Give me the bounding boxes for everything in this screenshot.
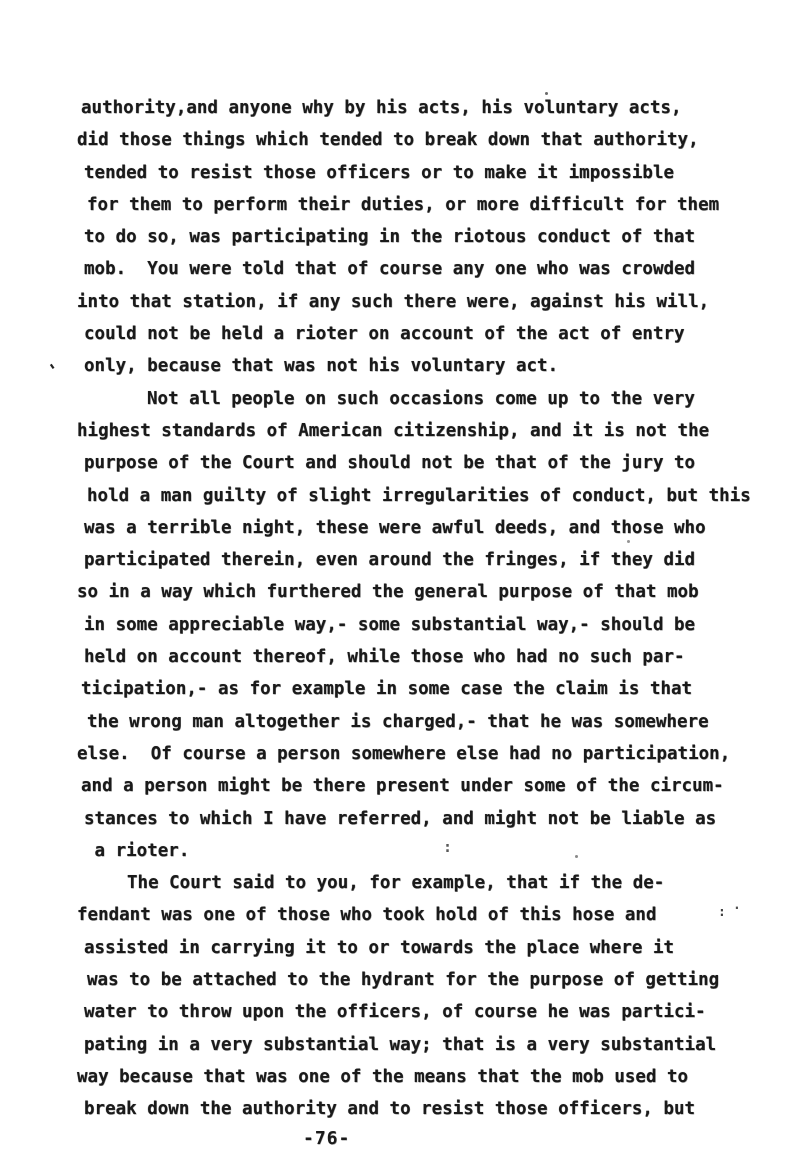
text-line: authority,and anyone why by his acts, hi… bbox=[81, 92, 764, 124]
text-line: pating in a very substantial way; that i… bbox=[84, 1029, 764, 1061]
text-line: break down the authority and to resist t… bbox=[84, 1093, 764, 1125]
text-line: Not all people on such occasions come up… bbox=[81, 383, 764, 415]
stray-ink-mark: : bbox=[718, 906, 726, 919]
text-line: so in a way which furthered the general … bbox=[77, 576, 764, 608]
text-line: was a terrible night, these were awful d… bbox=[84, 512, 764, 544]
scan-speck bbox=[627, 540, 630, 543]
text-line: into that station, if any such there wer… bbox=[77, 286, 764, 318]
paragraph-1: authority,and anyone why by his acts, hi… bbox=[84, 92, 764, 383]
text-line: mob. You were told that of course any on… bbox=[84, 253, 764, 285]
text-line: ticipation,- as for example in some case… bbox=[81, 673, 764, 705]
text-line: to do so, was participating in the rioto… bbox=[84, 221, 764, 253]
paragraph-2: Not all people on such occasions come up… bbox=[84, 383, 764, 867]
text-line: held on account thereof, while those who… bbox=[84, 641, 764, 673]
stray-ink-mark: : bbox=[443, 840, 452, 855]
text-line: stances to which I have referred, and mi… bbox=[84, 803, 764, 835]
stray-ink-mark: . bbox=[733, 899, 741, 912]
text-line: could not be held a rioter on account of… bbox=[84, 318, 764, 350]
text-line: only, because that was not his voluntary… bbox=[84, 350, 764, 382]
text-line: hold a man guilty of slight irregulariti… bbox=[87, 480, 764, 512]
text-line: participated therein, even around the fr… bbox=[84, 544, 764, 576]
text-line: water to throw upon the officers, of cou… bbox=[84, 996, 764, 1028]
document-page: authority,and anyone why by his acts, hi… bbox=[0, 0, 800, 1170]
text-line: fendant was one of those who took hold o… bbox=[77, 899, 764, 931]
text-line: tended to resist those officers or to ma… bbox=[84, 157, 764, 189]
text-line: assisted in carrying it to or towards th… bbox=[84, 932, 764, 964]
paragraph-3: The Court said to you, for example, that… bbox=[84, 867, 764, 1125]
text-line: did those things which tended to break d… bbox=[77, 124, 764, 156]
text-line: The Court said to you, for example, that… bbox=[81, 867, 764, 899]
page-number: -76- bbox=[303, 1128, 350, 1149]
text-line: purpose of the Court and should not be t… bbox=[84, 447, 764, 479]
scan-speck bbox=[575, 855, 578, 858]
stray-ink-mark: ' bbox=[46, 361, 65, 382]
text-line: a rioter. bbox=[84, 835, 764, 867]
text-line: for them to perform their duties, or mor… bbox=[87, 189, 764, 221]
text-line: the wrong man altogether is charged,- th… bbox=[87, 706, 764, 738]
text-line: highest standards of American citizenshi… bbox=[77, 415, 764, 447]
text-line: in some appreciable way,- some substanti… bbox=[84, 609, 764, 641]
text-line: way because that was one of the means th… bbox=[77, 1061, 764, 1093]
text-line: was to be attached to the hydrant for th… bbox=[87, 964, 764, 996]
text-line: and a person might be there present unde… bbox=[81, 770, 764, 802]
transcript-text: authority,and anyone why by his acts, hi… bbox=[84, 92, 764, 1126]
scan-speck bbox=[545, 92, 548, 95]
text-line: else. Of course a person somewhere else … bbox=[77, 738, 764, 770]
